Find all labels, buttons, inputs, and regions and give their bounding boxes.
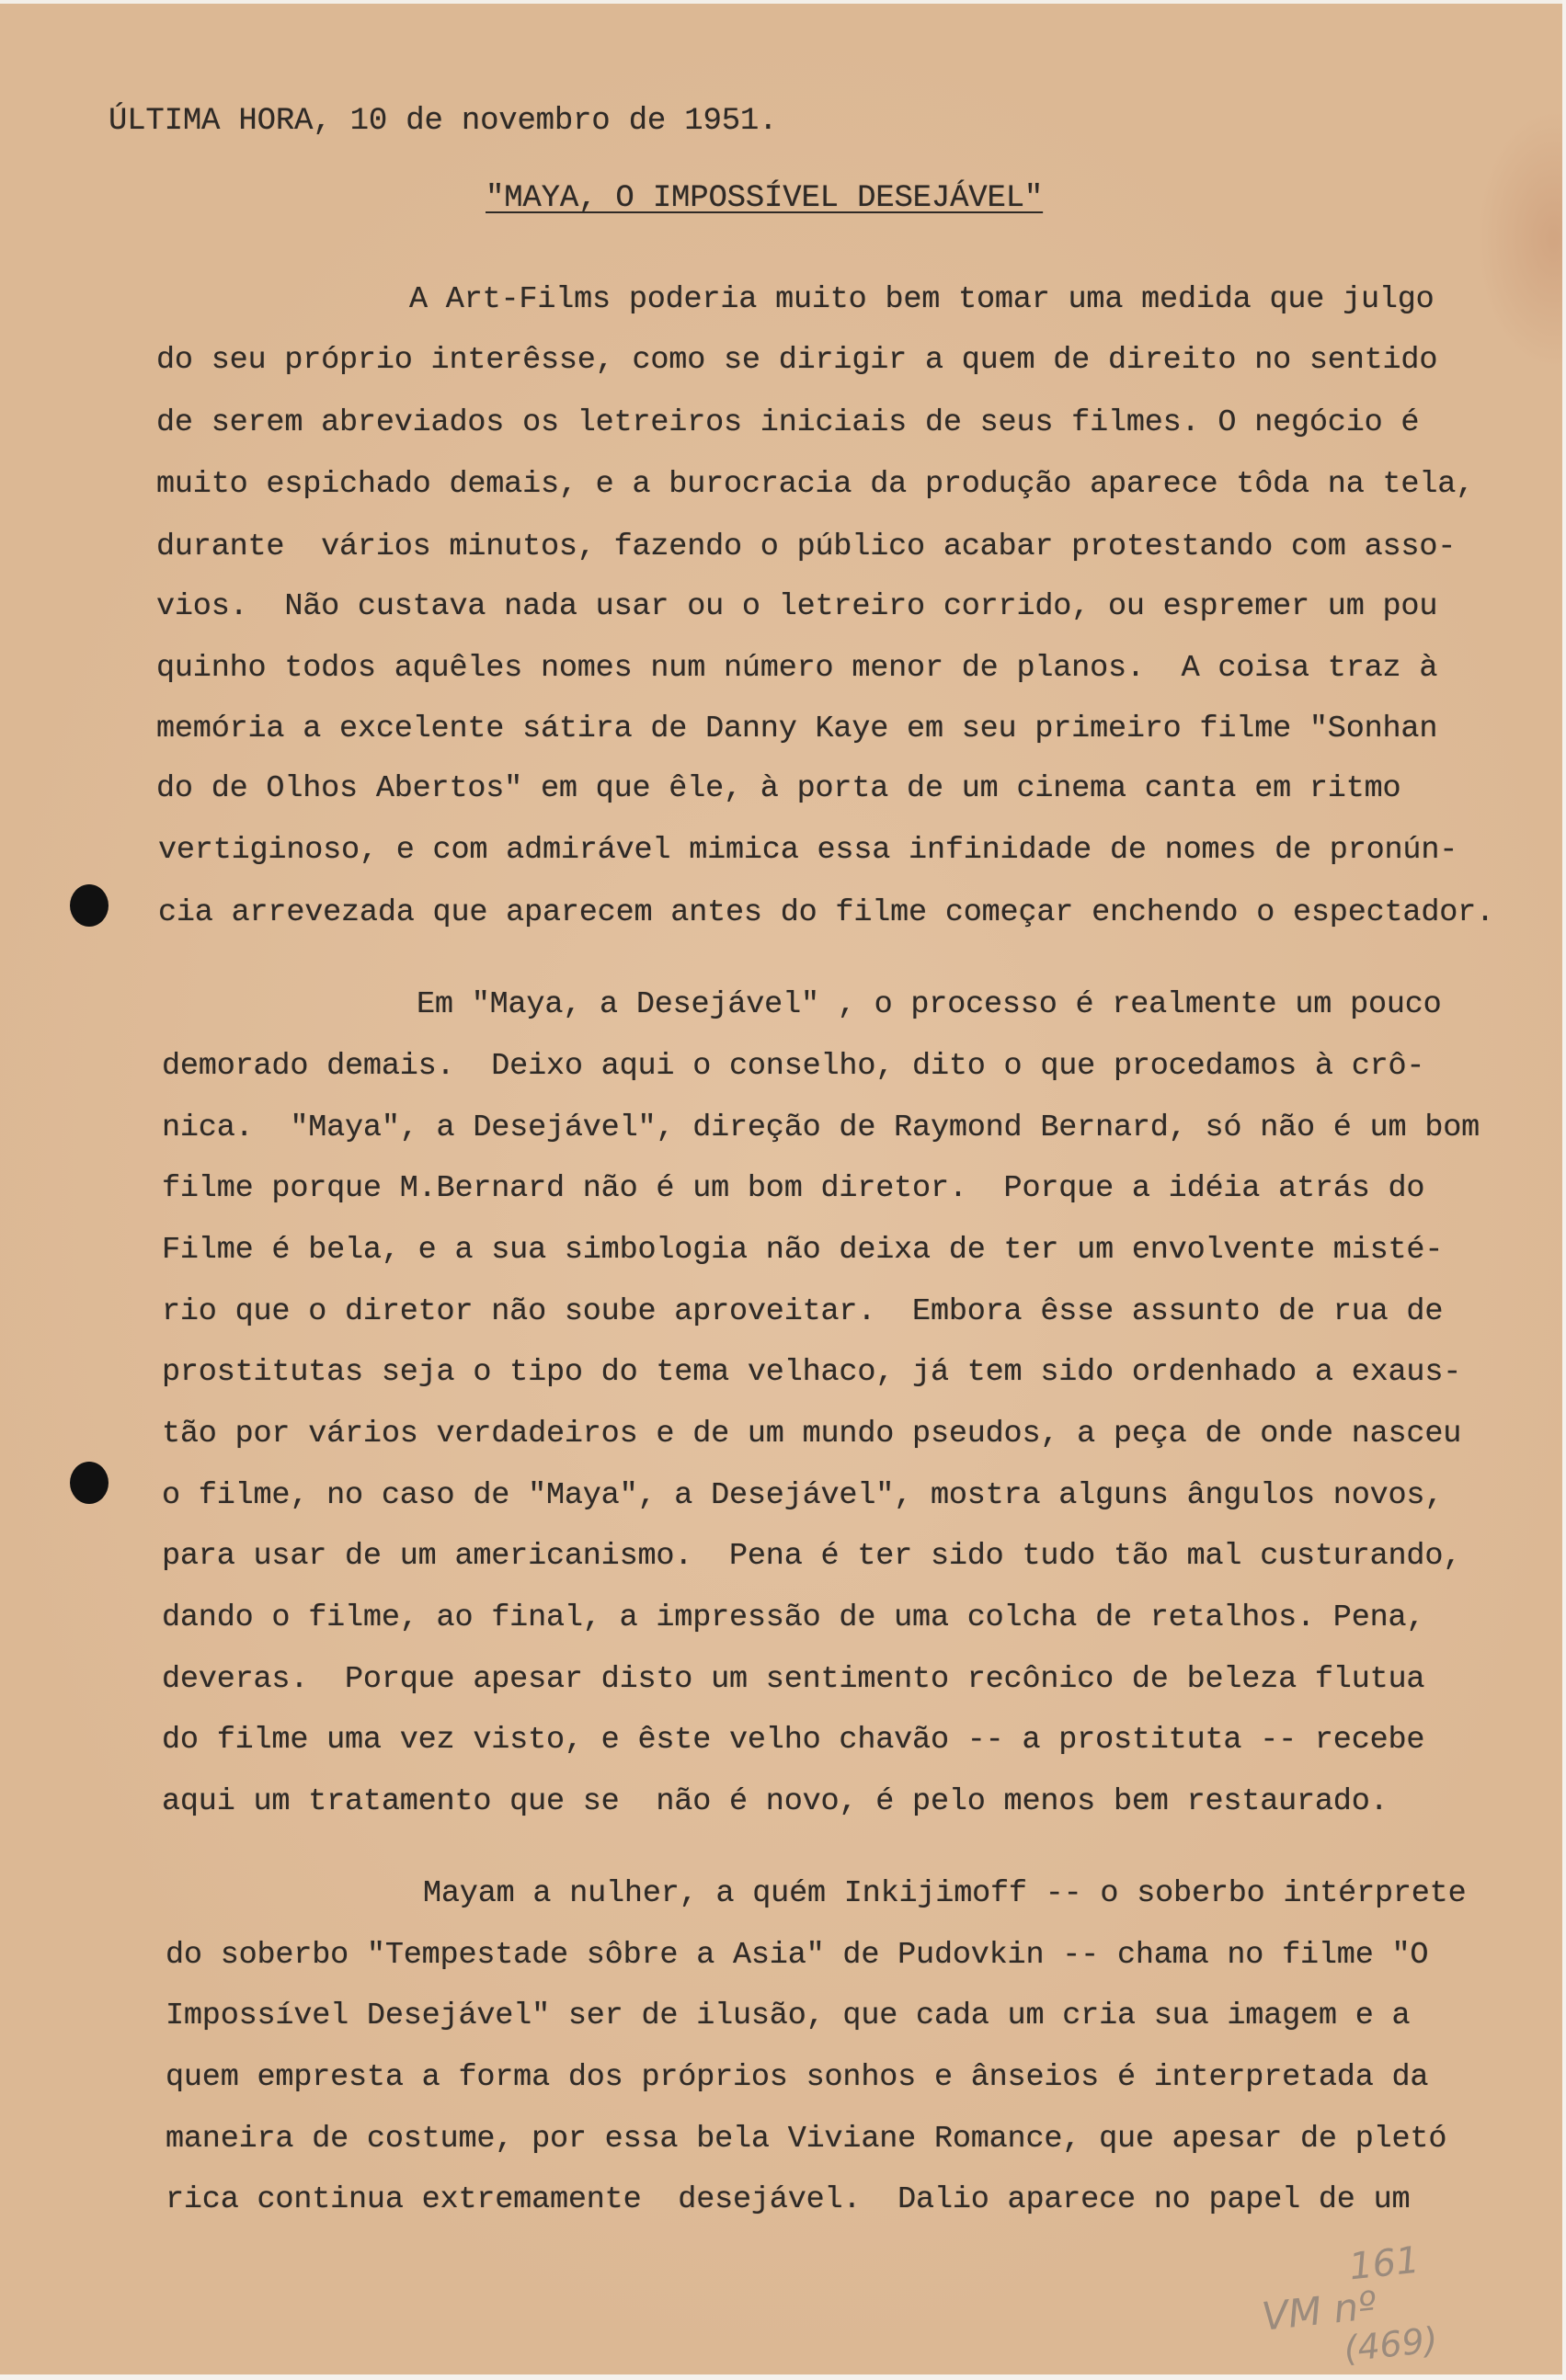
text-line: vios. Não custava nada usar ou o letreir… (156, 588, 1437, 625)
text-line: demorado demais. Deixo aqui o conselho, … (162, 1048, 1424, 1085)
text-line: quem empresta a forma dos próprios sonho… (166, 2059, 1428, 2096)
handwritten-archive-note: 161 VM nº (469) (1256, 2239, 1440, 2378)
newspaper-header: ÚLTIMA HORA, 10 de novembro de 1951. (109, 103, 777, 140)
text-line: rica continua extremamente desejável. Da… (166, 2181, 1410, 2218)
text-line: de serem abreviados os letreiros iniciai… (156, 404, 1419, 441)
text-line: do seu próprio interêsse, como se dirigi… (156, 342, 1437, 379)
text-line: Em "Maya, a Desejável" , o processo é re… (417, 986, 1442, 1023)
text-line: Filme é bela, e a sua simbologia não dei… (162, 1232, 1443, 1269)
text-line: tão por vários verdadeiros e de um mundo… (162, 1416, 1461, 1452)
punch-hole-icon (70, 884, 109, 927)
text-line: quinho todos aquêles nomes num número me… (156, 650, 1437, 687)
page-edge-top (0, 0, 1566, 4)
text-line: deveras. Porque apesar disto um sentimen… (162, 1661, 1424, 1698)
text-line: do soberbo "Tempestade sôbre a Asia" de … (166, 1937, 1428, 1974)
handwritten-note-sub: (469) (1342, 2319, 1439, 2369)
punch-hole-icon (70, 1462, 109, 1504)
text-line: do filme uma vez visto, e êste velho cha… (162, 1722, 1424, 1759)
text-line: dando o filme, ao final, a impressão de … (162, 1600, 1424, 1636)
page-edge-bottom (0, 2374, 1566, 2380)
text-line: A Art-Films poderia muito bem tomar uma … (409, 281, 1435, 318)
text-line: memória a excelente sátira de Danny Kaye… (156, 711, 1437, 747)
text-line: vertiginoso, e com admirável mimica essa… (158, 832, 1457, 869)
text-line: nica. "Maya", a Desejável", direção de R… (162, 1110, 1480, 1146)
text-line: prostitutas seja o tipo do tema velhaco,… (162, 1354, 1461, 1391)
document-page: ÚLTIMA HORA, 10 de novembro de 1951. "MA… (0, 0, 1566, 2380)
text-line: para usar de um americanismo. Pena é ter… (162, 1538, 1461, 1575)
text-line: rio que o diretor não soube aproveitar. … (162, 1293, 1443, 1330)
text-line: Impossível Desejável" ser de ilusão, que… (166, 1998, 1410, 2034)
text-line: durante vários minutos, fazendo o públic… (156, 529, 1456, 565)
text-line: filme porque M.Bernard não é um bom dire… (162, 1170, 1424, 1207)
text-line: o filme, no caso de "Maya", a Desejável"… (162, 1477, 1443, 1514)
handwritten-note-number: 161 (1347, 2239, 1431, 2288)
article-title: "MAYA, O IMPOSSÍVEL DESEJÁVEL" (486, 180, 1043, 217)
text-line: Mayam a nulher, a quém Inkijimoff -- o s… (423, 1875, 1467, 1912)
text-line: do de Olhos Abertos" em que êle, à porta… (156, 770, 1400, 807)
text-line: maneira de costume, por essa bela Vivian… (166, 2121, 1446, 2158)
text-line: cia arrevezada que aparecem antes do fil… (158, 894, 1494, 931)
page-edge-right (1562, 0, 1566, 2380)
text-line: aqui um tratamento que se não é novo, é … (162, 1783, 1389, 1820)
text-line: muito espichado demais, e a burocracia d… (156, 466, 1474, 503)
